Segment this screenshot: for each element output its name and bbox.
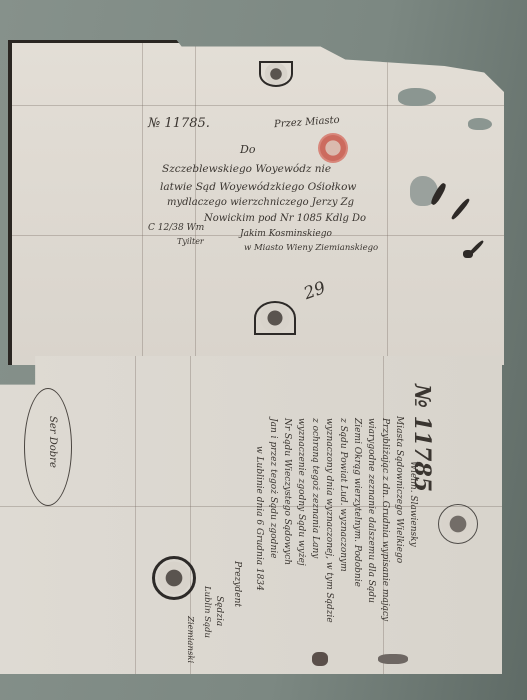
wax-seal-icon (254, 301, 296, 335)
body-line: Jan i przez tegoż Sądu zgodnie (268, 418, 278, 558)
address-line: w Miasto Wieny Ziemianskiego (244, 243, 378, 253)
letter-inner-face: Ser Dobre № 11785 Wielm. Slawiensky Mias… (0, 356, 502, 674)
address-line: Nowickim pod Nr 1085 Kdlg Do (204, 213, 366, 224)
salutation: Do (240, 143, 255, 156)
ink-spot (378, 654, 408, 664)
oval-note: Ser Dobre (47, 416, 58, 468)
seal-stamp-icon (152, 556, 196, 600)
fold-line (12, 105, 504, 106)
address-line: Jakim Kosminskiego (240, 229, 332, 239)
margin-note: Tyilter (177, 237, 204, 246)
signature-line: Sędzia (214, 596, 224, 626)
fold-line (142, 43, 143, 365)
reference-number: № 11785. (148, 116, 210, 131)
address-line: mydlaczego wierzchniczego Jerzy Zg (167, 197, 354, 208)
pencil-mark: 29 (301, 278, 328, 304)
body-line: Przybliżając z dn. Grudnia wypisanie maj… (380, 418, 390, 621)
fold-line (0, 506, 502, 507)
body-line: w Lublinie dnia 6 Grudnia 1834 (254, 446, 264, 591)
ink-spot (463, 250, 473, 258)
signature-line: Prezydent (232, 561, 242, 607)
body-line: wiarygodne zeznanie dalszemu dla Sądu (366, 418, 376, 603)
fold-line (135, 356, 136, 674)
fold-line (387, 43, 388, 365)
greeting-line: Miasta Sądowniczego Wielkiego (394, 416, 404, 563)
body-line: z ochraną tegoż zeznania Lany (310, 418, 320, 558)
body-line: z Sądu Powiat Lud. wyznaczonym (338, 418, 348, 572)
address-line: Szczeblewskiego Woyewódz nie (162, 163, 331, 175)
margin-note: C 12/38 Wm (148, 223, 204, 233)
paper-hole (468, 118, 492, 130)
seal-stamp-icon (438, 504, 478, 544)
signature-line: Ziemianski (185, 616, 195, 663)
greeting-line: Wielm. Slawiensky (408, 461, 418, 547)
paper-hole (398, 88, 436, 106)
body-line: wyznaczony dnia wyznaczonej, w tym Sądzi… (324, 418, 334, 623)
red-postmark-icon (318, 133, 348, 163)
address-line: latwie Sąd Woyewódzkiego Ośiołkow (160, 181, 356, 193)
signature-line: Lublin Sądu (202, 586, 212, 638)
ink-spot (312, 652, 328, 666)
body-line: Ziemi Okrąg wierzytelnym. Podobnie (352, 418, 362, 587)
wax-seal-icon (259, 61, 293, 87)
body-line: Nr Sądu Wieczystego Sądowych (282, 418, 292, 565)
header-note: Przez Miasto (274, 115, 340, 131)
body-line: wyznaczenie zgodny Sądu wyżej (296, 418, 306, 566)
